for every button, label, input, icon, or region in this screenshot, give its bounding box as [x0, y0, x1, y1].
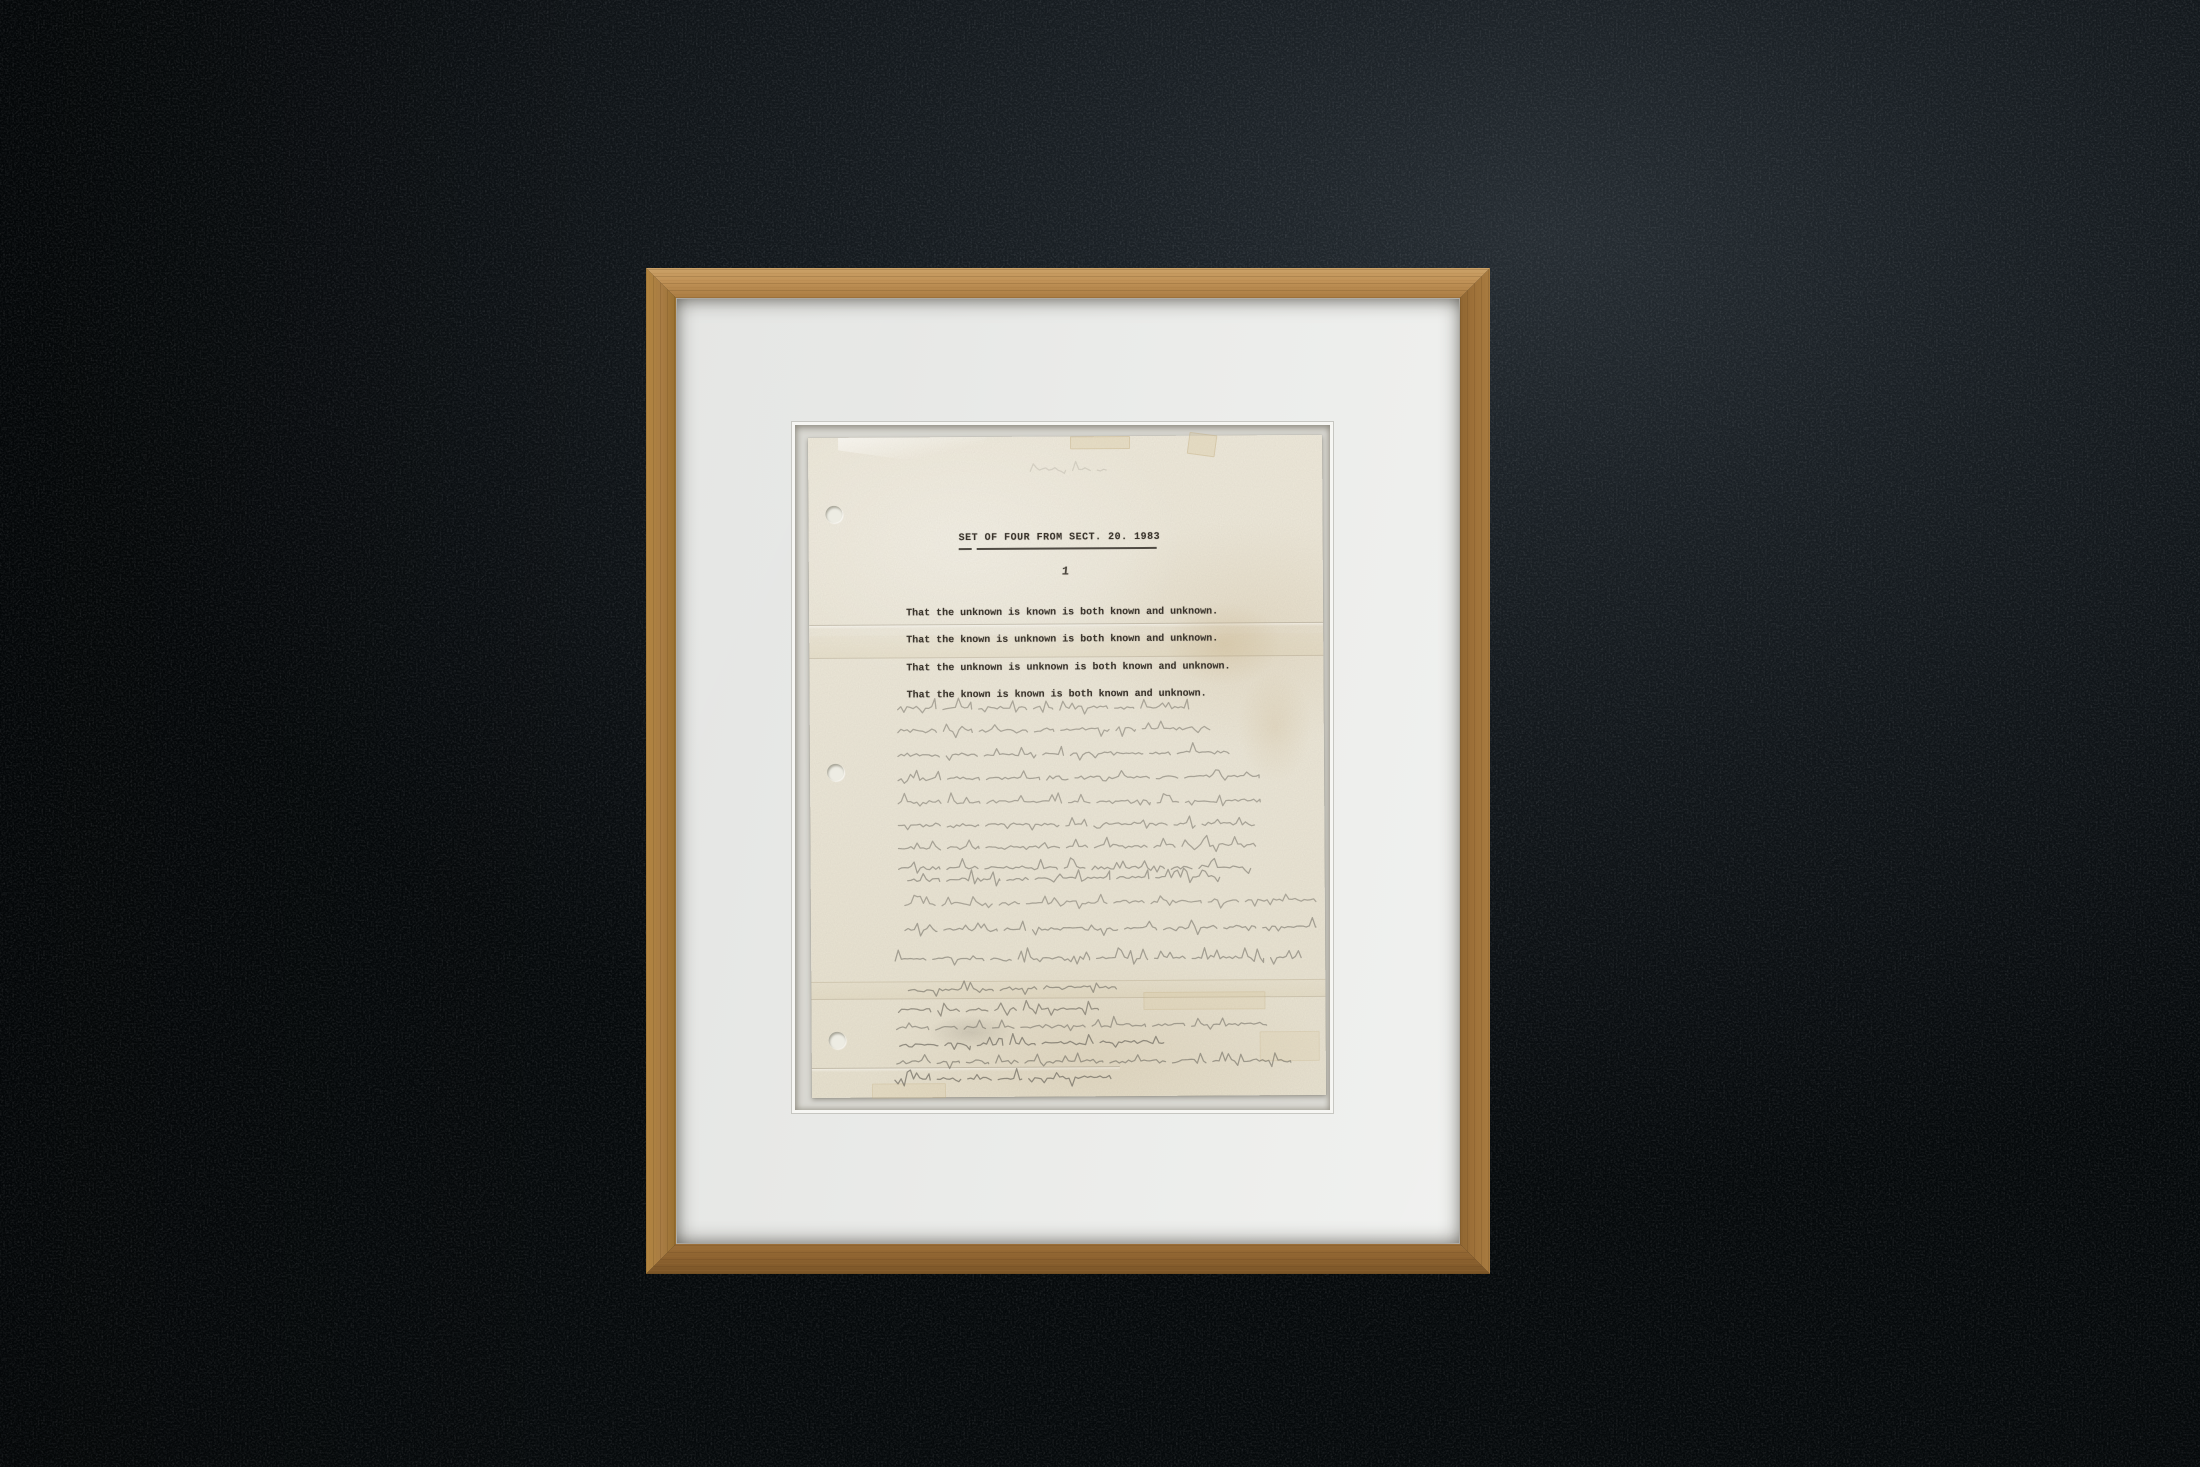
handwritten-line [908, 868, 1220, 886]
frame-wood-bottom [646, 1244, 1490, 1274]
handwritten-line [905, 893, 1316, 910]
handwritten-line [898, 743, 1229, 762]
mat-opening-bevel: SET OF FOUR FROM SECT. 20. 1983 1 That t… [792, 422, 1333, 1113]
frame-wood-right [1460, 268, 1490, 1274]
handwritten-line [898, 721, 1210, 738]
handwritten-line [900, 1033, 1164, 1050]
frame-wood-left [646, 268, 676, 1274]
handwritten-line [895, 946, 1301, 966]
handwritten-line [898, 835, 1255, 853]
manuscript-paper: SET OF FOUR FROM SECT. 20. 1983 1 That t… [808, 435, 1326, 1098]
handwritten-line [897, 1052, 1291, 1069]
handwritten-line [898, 816, 1254, 831]
handwritten-line [898, 697, 1189, 715]
pencil-margin-note [1030, 461, 1106, 473]
handwritten-line [898, 1000, 1098, 1016]
photograph: SET OF FOUR FROM SECT. 20. 1983 1 That t… [0, 0, 2200, 1467]
frame-wood-top [646, 268, 1490, 298]
pencil-handwriting [808, 435, 1326, 1098]
handwritten-line [908, 980, 1116, 996]
handwritten-line [905, 918, 1316, 937]
handwritten-line [898, 791, 1260, 808]
handwritten-line [899, 857, 1251, 876]
picture-frame: SET OF FOUR FROM SECT. 20. 1983 1 That t… [646, 268, 1490, 1274]
handwritten-line [897, 1016, 1267, 1032]
handwritten-line [898, 768, 1259, 783]
handwritten-line [895, 1068, 1111, 1087]
mat-board: SET OF FOUR FROM SECT. 20. 1983 1 That t… [676, 298, 1460, 1244]
